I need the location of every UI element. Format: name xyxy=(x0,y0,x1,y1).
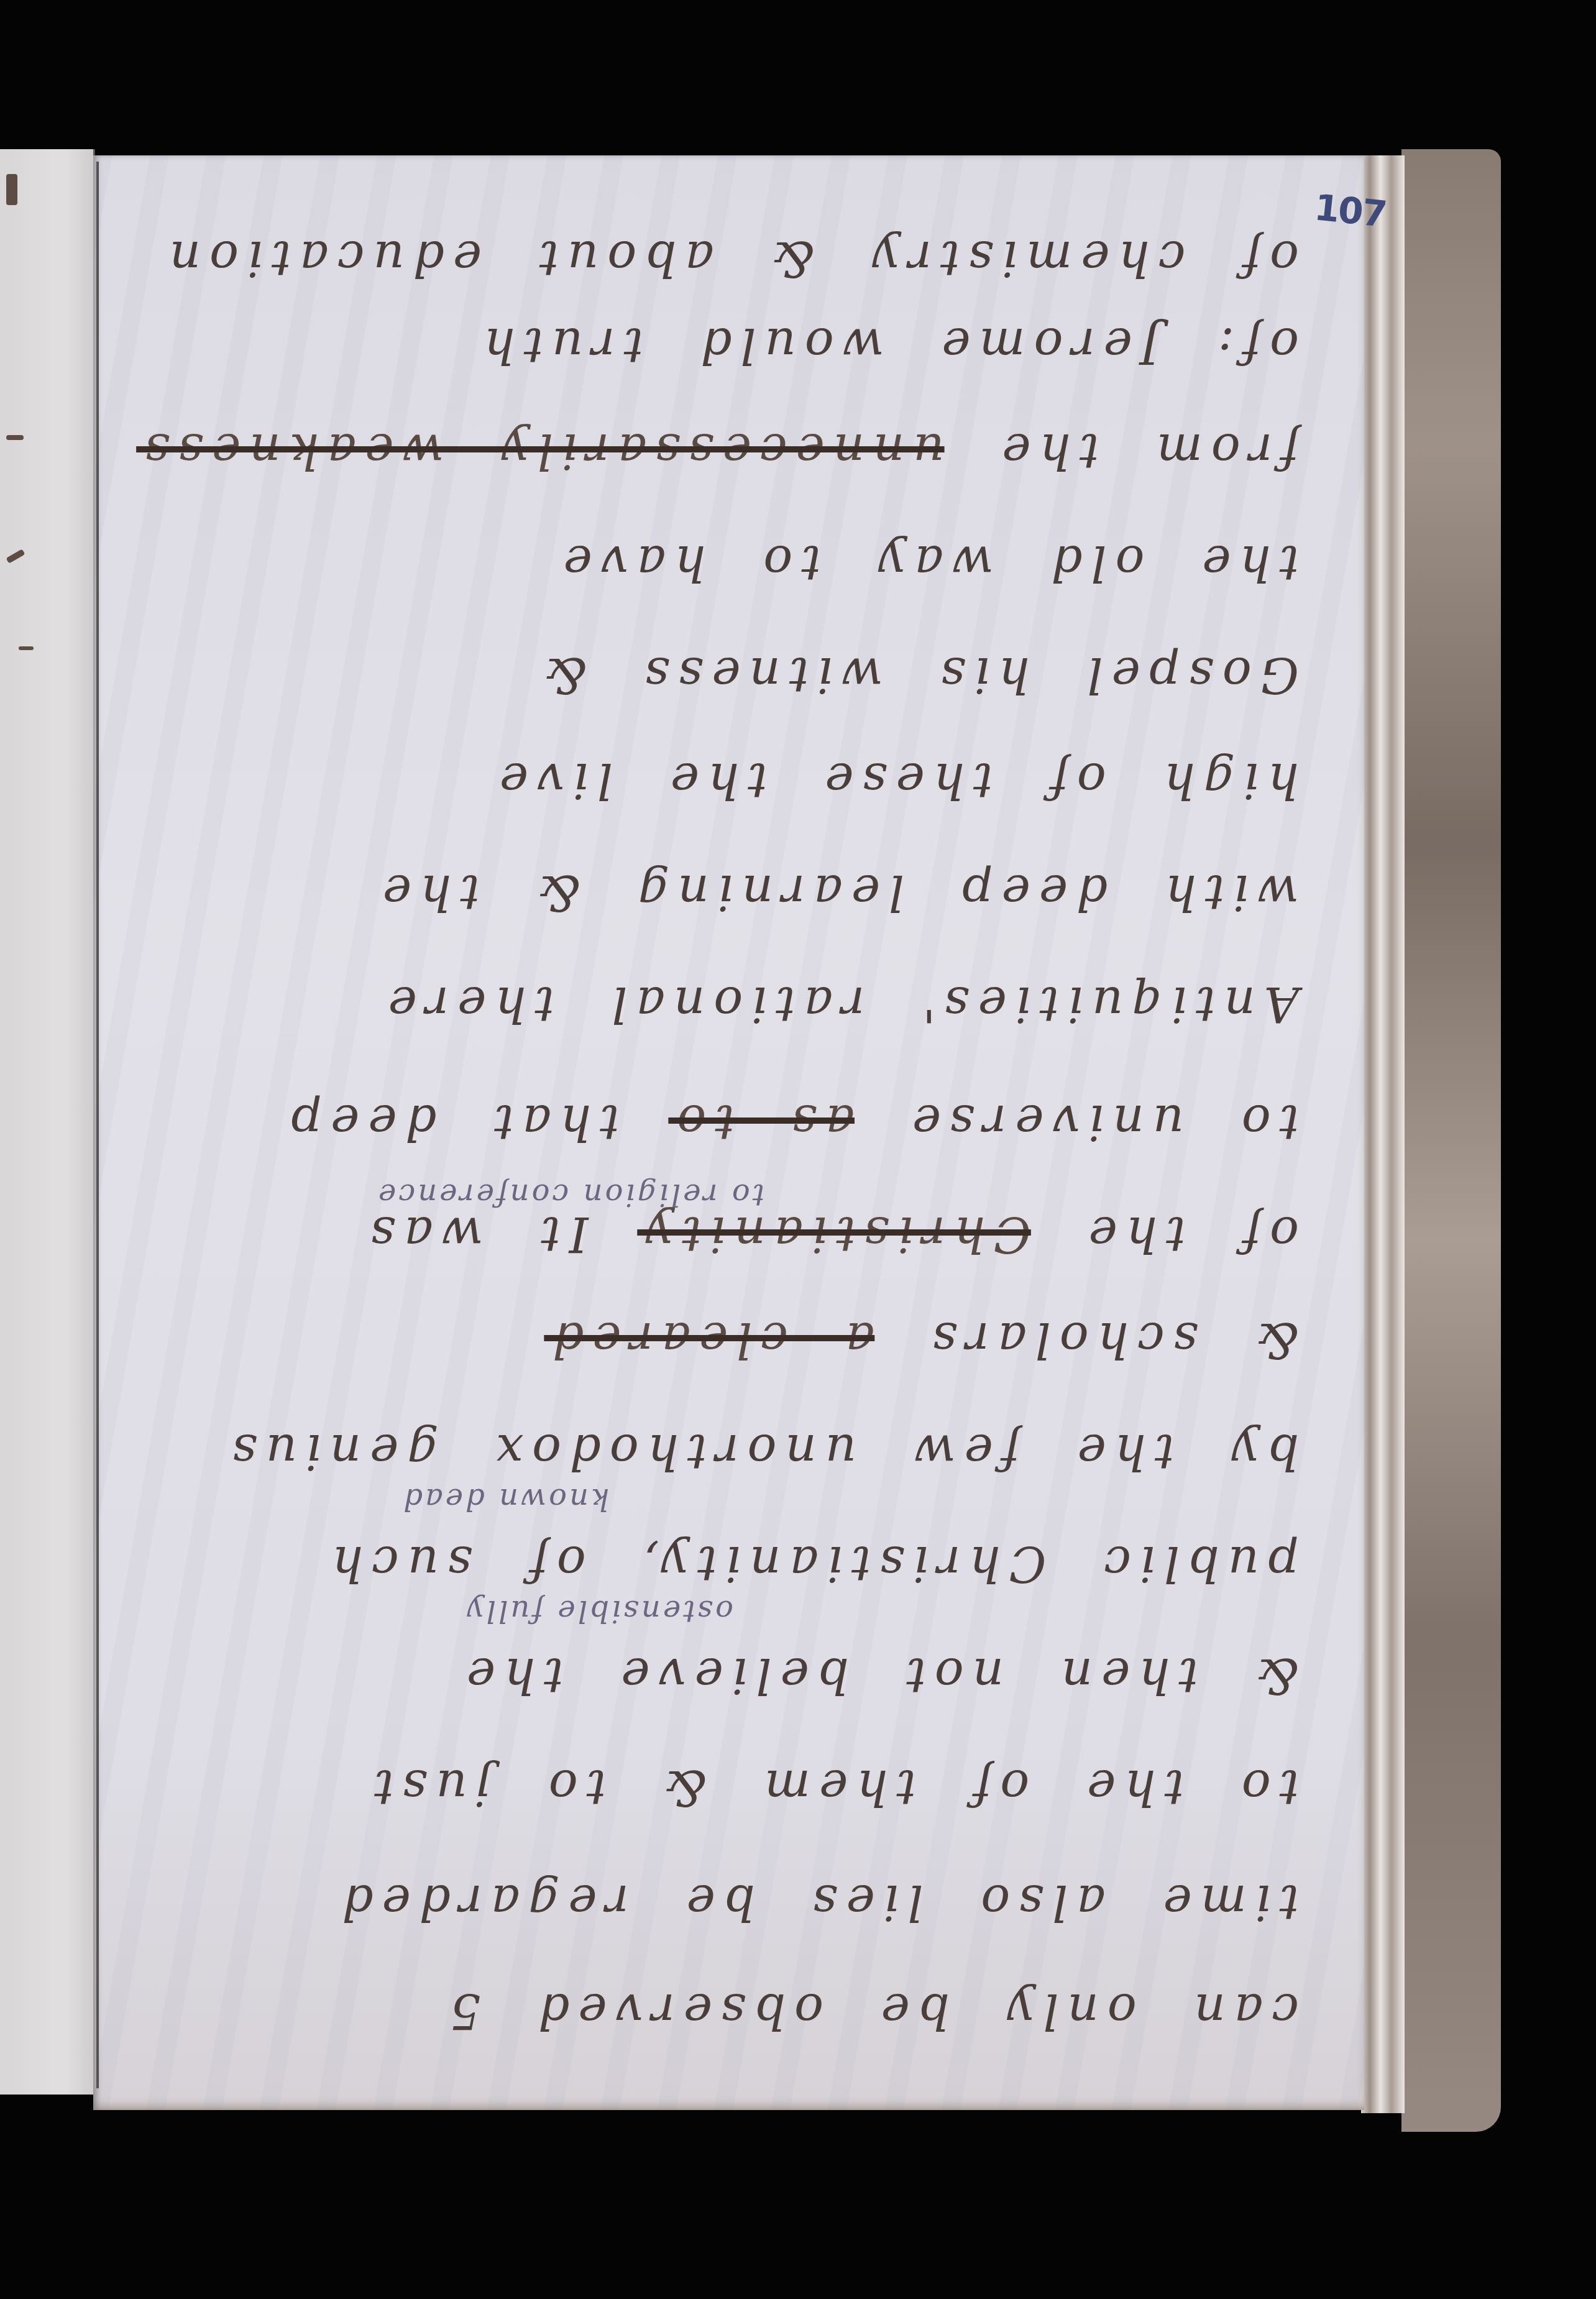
text-line: of chemistry & about education xyxy=(137,230,1299,286)
struck-text: Christianity xyxy=(637,1206,1031,1262)
page-stack-edge xyxy=(1361,155,1405,2113)
gutter-fold xyxy=(96,162,99,2088)
ink-fragment xyxy=(6,435,24,440)
text-line: & scholars a cleared xyxy=(137,1311,1299,1367)
text-line: from the unnecessarily weakness xyxy=(137,423,1299,479)
text-line: Antiquities' rational there xyxy=(137,976,1299,1032)
text-line: & then not believe the xyxy=(137,1647,1299,1703)
text-line: of: Jerome would truth xyxy=(137,317,1299,373)
facing-left-page xyxy=(0,149,95,2095)
text-line: high of these the live xyxy=(137,752,1299,808)
text-line: to universe as to that deep xyxy=(137,1094,1299,1150)
ink-fragment xyxy=(19,646,34,650)
text-line: of the Christianity It was xyxy=(137,1206,1299,1262)
text-line: the old way to have xyxy=(137,535,1299,590)
vellum-cover-edge xyxy=(1401,149,1501,2132)
interlinear-insertion: ostensible fully xyxy=(465,1594,733,1628)
interlinear-insertion: known dead xyxy=(401,1482,609,1517)
text-line: can only be observed 5 xyxy=(137,1983,1299,2039)
struck-text: a cleared xyxy=(544,1311,874,1367)
text-line: Gospel his witness & xyxy=(137,646,1299,702)
handwritten-text-block: can only be observed 5 time also lies be… xyxy=(112,186,1342,2076)
text-line: to the of them & to just xyxy=(137,1759,1299,1815)
ink-fragment xyxy=(6,174,17,205)
text-line: by the few unorthodox genius xyxy=(137,1423,1299,1479)
text-line: time also lies be regarded xyxy=(137,1874,1299,1930)
ink-fragment xyxy=(6,549,25,564)
struck-text: unnecessarily weakness xyxy=(136,423,944,479)
struck-text: as to xyxy=(668,1094,855,1150)
text-line: with deep learning & the xyxy=(137,864,1299,920)
text-line: public Christianity, of such xyxy=(137,1535,1299,1591)
